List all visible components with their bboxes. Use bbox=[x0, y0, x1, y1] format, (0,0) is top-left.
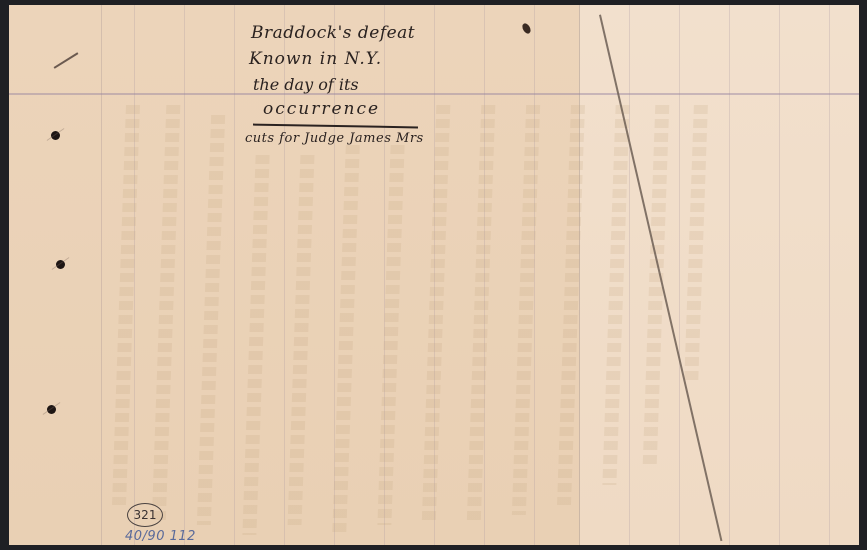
annotation-line: Braddock's defeat bbox=[251, 23, 415, 43]
ruled-line bbox=[679, 5, 680, 545]
manuscript-sheet: Braddock's defeat Known in N.Y. the day … bbox=[9, 5, 859, 545]
annotation-line: the day of its bbox=[253, 75, 359, 94]
annotation-line: Known in N.Y. bbox=[249, 49, 382, 69]
ruled-line bbox=[779, 5, 780, 545]
ruled-line bbox=[829, 5, 830, 545]
circled-item-number: 321 bbox=[127, 503, 163, 527]
punch-hole bbox=[47, 405, 56, 414]
call-number: 40/90 112 bbox=[125, 529, 196, 544]
punch-hole bbox=[51, 131, 60, 140]
ruled-line bbox=[184, 5, 185, 545]
center-fold bbox=[579, 5, 580, 545]
annotation-attribution: cuts for Judge James Mrs bbox=[245, 131, 424, 146]
ruled-line bbox=[234, 5, 235, 545]
ruled-line bbox=[134, 5, 135, 545]
annotation-line: occurrence bbox=[263, 99, 380, 119]
punch-hole bbox=[56, 260, 65, 269]
margin-rule bbox=[101, 5, 102, 545]
ruled-line bbox=[729, 5, 730, 545]
header-rule bbox=[9, 93, 859, 95]
ruled-line bbox=[629, 5, 630, 545]
